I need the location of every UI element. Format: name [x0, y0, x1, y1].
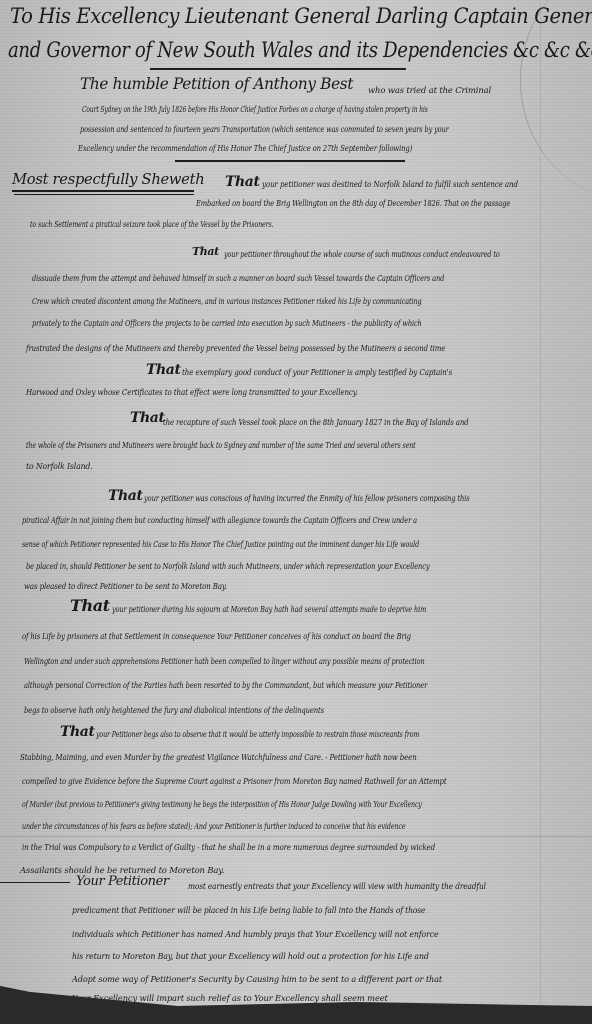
paragraph-1-line-3: to such Settlement a piratical seizure t…: [30, 220, 274, 230]
paragraph-4-lead: That: [130, 410, 165, 426]
paragraph-1-line-2: Embarked on board the Brig Wellington on…: [196, 199, 510, 209]
recommendation-underline: [175, 160, 405, 162]
preamble-line-1: who was tried at the Criminal: [368, 86, 491, 96]
paragraph-3-line-2: Harwood and Oxley whose Certificates to …: [26, 388, 358, 398]
paragraph-2-lead: That: [192, 245, 219, 258]
petition-title: The humble Petition of Anthony Best: [80, 74, 353, 93]
paragraph-5-line-2: piratical Affair in not joining them but…: [22, 516, 417, 526]
salutation-underline-2: [14, 194, 194, 195]
petition-page: To His Excellency Lieutenant General Dar…: [0, 0, 592, 1006]
paragraph-8-lead: Your Petitioner: [76, 874, 169, 889]
paragraph-5-line-1: your petitioner was conscious of having …: [144, 494, 470, 504]
preamble-line-3: possession and sentenced to fourteen yea…: [80, 125, 449, 135]
paragraph-7-line-4: of Murder (but previous to Petitioner's …: [22, 800, 422, 810]
paragraph-2-line-2: dissuade them from the attempt and behav…: [32, 274, 444, 284]
preamble-line-2: Court Sydney on the 19th July 1826 befor…: [82, 105, 428, 115]
paragraph-8-line-4: his return to Moreton Bay, but that your…: [72, 952, 429, 962]
paragraph-8-line-1: most earnestly entreats that your Excell…: [188, 882, 486, 892]
paragraph-5-line-4: be placed in, should Petitioner be sent …: [26, 562, 430, 572]
paragraph-1-lead: That: [225, 174, 260, 190]
paragraph-8-line-6: Your Excellency will impart such relief …: [72, 994, 388, 1004]
paragraph-1-line-1: your petitioner was destined to Norfolk …: [262, 180, 518, 190]
paragraph-6-lead: That: [70, 596, 110, 615]
paragraph-2-line-3: Crew which created discontent among the …: [32, 297, 421, 307]
paragraph-6-line-1: your petitioner during his sojourn at Mo…: [112, 605, 426, 615]
paragraph-7-line-2: Stabbing, Maiming, and even Murder by th…: [20, 753, 417, 763]
paragraph-8-line-2: predicament that Petitioner will be plac…: [72, 906, 425, 916]
paragraph-5-line-3: sense of which Petitioner represented hi…: [22, 540, 419, 550]
paragraph-2-line-5: frustrated the designs of the Mutineers …: [26, 344, 445, 354]
paragraph-8-line-5: Adopt some way of Petitioner's Security …: [72, 975, 442, 985]
paragraph-7-line-6: in the Trial was Compulsory to a Verdict…: [22, 843, 435, 853]
paragraph-4-line-3: to Norfolk Island.: [26, 462, 93, 472]
paragraph-7-line-3: compelled to give Evidence before the Su…: [22, 777, 447, 787]
salutation: Most respectfully Sheweth: [12, 170, 204, 188]
paragraph-8-line-3: individuals which Petitioner has named A…: [72, 930, 438, 940]
paragraph-6-line-4: although personal Correction of the Part…: [24, 681, 427, 691]
paragraph-8-flourish: [0, 882, 70, 883]
paragraph-3-lead: That: [146, 362, 181, 378]
paper-fold-horizontal: [0, 836, 592, 837]
paragraph-4-line-1: the recapture of such Vessel took place …: [163, 418, 469, 428]
paragraph-3-line-1: the exemplary good conduct of your Petit…: [182, 368, 452, 378]
paragraph-4-line-2: the whole of the Prisoners and Mutineers…: [26, 441, 416, 451]
paragraph-7-line-1: your Petitioner begs also to observe tha…: [96, 730, 419, 740]
paragraph-5-lead: That: [108, 488, 143, 504]
paragraph-7-line-5: under the circumstances of his fears as …: [22, 822, 406, 832]
signature: Anthony Best: [418, 1004, 525, 1023]
paragraph-6-line-5: begs to observe hath only heightened the…: [24, 706, 324, 716]
paragraph-2-line-4: privately to the Captain and Officers th…: [32, 319, 422, 329]
paragraph-2-line-1: your petitioner throughout the whole cou…: [224, 250, 500, 260]
paragraph-5-line-5: was pleased to direct Petitioner to be s…: [24, 582, 227, 592]
paper-crease-arc: [520, 0, 592, 200]
paragraph-6-line-3: Wellington and under such apprehensions …: [24, 657, 425, 667]
address-underline: [150, 68, 406, 70]
salutation-underline: [12, 190, 194, 192]
paragraph-7-lead: That: [60, 724, 95, 740]
preamble-line-4: Excellency under the recommendation of H…: [78, 144, 412, 154]
address-line-2: and Governor of New South Wales and its …: [8, 38, 592, 62]
address-line-1: To His Excellency Lieutenant General Dar…: [10, 4, 592, 28]
paragraph-6-line-2: of his Life by prisoners at that Settlem…: [22, 632, 411, 642]
